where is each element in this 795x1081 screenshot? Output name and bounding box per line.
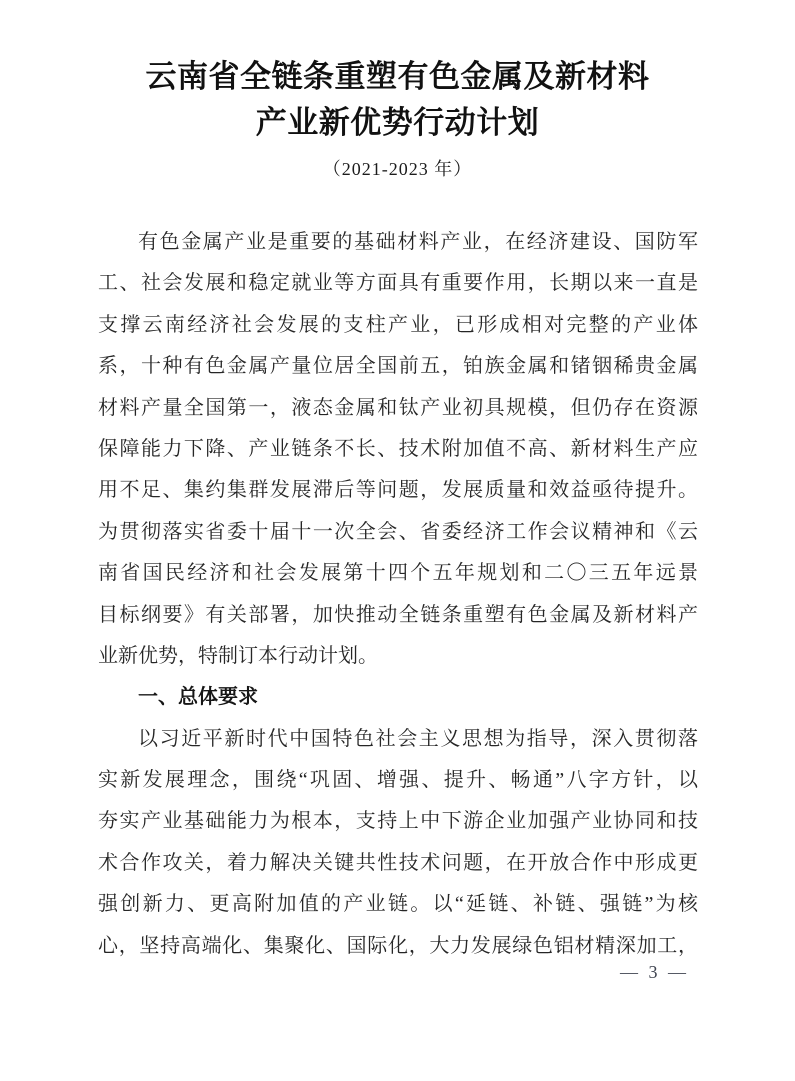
document-title-line-1: 云南省全链条重塑有色金属及新材料 bbox=[0, 54, 795, 100]
section-paragraph-line: 强创新力、更高附加值的产业链。以“延链、补链、强链”为核 bbox=[98, 884, 698, 925]
section-heading-overall-requirements: 一、总体要求 bbox=[98, 677, 698, 718]
page-number: — 3 — bbox=[620, 962, 689, 983]
document-date-range: （2021-2023 年） bbox=[0, 155, 795, 181]
intro-paragraph-line: 工、社会发展和稳定就业等方面具有重要作用，长期以来一直是 bbox=[98, 263, 698, 304]
section-paragraph-line: 术合作攻关，着力解决关键共性技术问题，在开放合作中形成更 bbox=[98, 843, 698, 884]
intro-paragraph-line: 南省国民经济和社会发展第十四个五年规划和二〇三五年远景 bbox=[98, 553, 698, 594]
intro-paragraph-line: 材料产量全国第一，液态金属和钛产业初具规模，但仍存在资源 bbox=[98, 388, 698, 429]
intro-paragraph-line: 有色金属产业是重要的基础材料产业，在经济建设、国防军 bbox=[98, 222, 698, 263]
section-paragraph-line: 心，坚持高端化、集聚化、国际化，大力发展绿色铝材精深加工， bbox=[98, 926, 698, 967]
section-paragraph-line: 夯实产业基础能力为根本，支持上中下游企业加强产业协同和技 bbox=[98, 801, 698, 842]
intro-paragraph-line: 业新优势，特制订本行动计划。 bbox=[98, 636, 698, 677]
document-title-block: 云南省全链条重塑有色金属及新材料 产业新优势行动计划 （2021-2023 年） bbox=[0, 54, 795, 181]
document-body: 有色金属产业是重要的基础材料产业，在经济建设、国防军 工、社会发展和稳定就业等方… bbox=[98, 222, 698, 967]
document-page: 云南省全链条重塑有色金属及新材料 产业新优势行动计划 （2021-2023 年）… bbox=[0, 0, 795, 1081]
intro-paragraph-line: 用不足、集约集群发展滞后等问题，发展质量和效益亟待提升。 bbox=[98, 470, 698, 511]
document-title-line-2: 产业新优势行动计划 bbox=[0, 100, 795, 146]
intro-paragraph-line: 为贯彻落实省委十届十一次全会、省委经济工作会议精神和《云 bbox=[98, 512, 698, 553]
section-paragraph-line: 实新发展理念，围绕“巩固、增强、提升、畅通”八字方针，以 bbox=[98, 760, 698, 801]
section-paragraph-line: 以习近平新时代中国特色社会主义思想为指导，深入贯彻落 bbox=[98, 719, 698, 760]
intro-paragraph-line: 支撑云南经济社会发展的支柱产业，已形成相对完整的产业体 bbox=[98, 305, 698, 346]
intro-paragraph-line: 系，十种有色金属产量位居全国前五，铂族金属和锗铟稀贵金属 bbox=[98, 346, 698, 387]
intro-paragraph-line: 保障能力下降、产业链条不长、技术附加值不高、新材料生产应 bbox=[98, 429, 698, 470]
intro-paragraph-line: 目标纲要》有关部署，加快推动全链条重塑有色金属及新材料产 bbox=[98, 595, 698, 636]
